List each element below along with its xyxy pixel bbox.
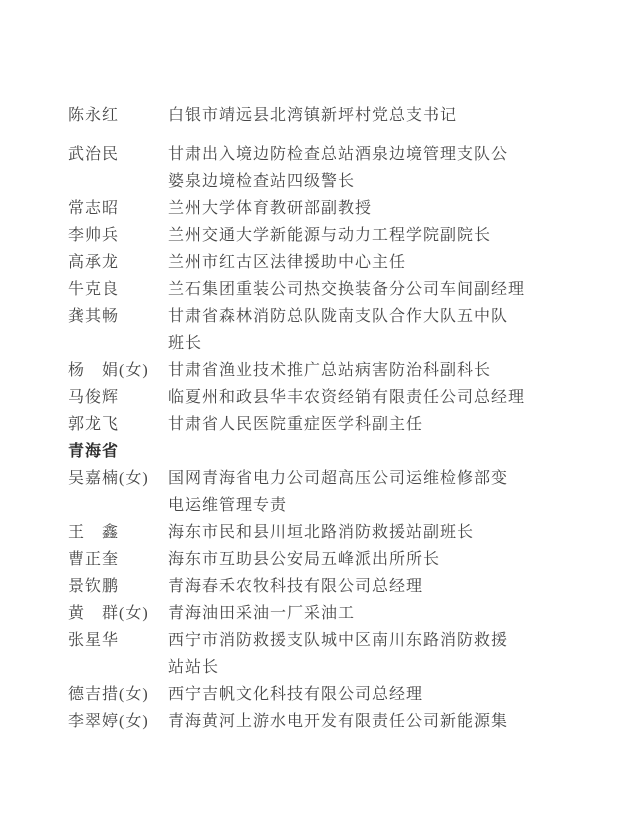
person-position: 甘肃省森林消防总队陇南支队合作大队五中队 班长 [168, 303, 580, 357]
honoree-list: 陈永红白银市靖远县北湾镇新坪村党总支书记武治民甘肃出入境边防检查总站酒泉边境管理… [68, 102, 580, 735]
person-name: 高承龙 [68, 249, 168, 276]
person-name: 武治民 [68, 141, 168, 168]
person-name: 王 鑫 [68, 519, 168, 546]
person-position: 青海黄河上游水电开发有限责任公司新能源集 [168, 708, 580, 735]
person-name: 张星华 [68, 627, 168, 654]
person-position: 海东市互助县公安局五峰派出所所长 [168, 546, 580, 573]
list-item: 黄 群(女)青海油田采油一厂采油工 [68, 600, 580, 627]
list-item: 郭龙飞甘肃省人民医院重症医学科副主任 [68, 411, 580, 438]
list-item: 德吉措(女)西宁吉帆文化科技有限公司总经理 [68, 681, 580, 708]
person-position: 兰州市红古区法律援助中心主任 [168, 249, 580, 276]
person-name: 马俊辉 [68, 384, 168, 411]
person-position: 青海春禾农牧科技有限公司总经理 [168, 573, 580, 600]
person-position: 西宁吉帆文化科技有限公司总经理 [168, 681, 580, 708]
person-name: 德吉措(女) [68, 681, 168, 708]
person-position: 兰石集团重装公司热交换装备分公司车间副经理 [168, 276, 580, 303]
list-item: 龚其畅甘肃省森林消防总队陇南支队合作大队五中队 班长 [68, 303, 580, 357]
person-position: 甘肃省人民医院重症医学科副主任 [168, 411, 580, 438]
person-position: 兰州交通大学新能源与动力工程学院副院长 [168, 222, 580, 249]
person-position: 甘肃出入境边防检查总站酒泉边境管理支队公 婆泉边境检查站四级警长 [168, 141, 580, 195]
person-name: 龚其畅 [68, 303, 168, 330]
list-item: 吴嘉楠(女)国网青海省电力公司超高压公司运维检修部变 电运维管理专责 [68, 465, 580, 519]
list-item: 李帅兵兰州交通大学新能源与动力工程学院副院长 [68, 222, 580, 249]
person-name: 李帅兵 [68, 222, 168, 249]
person-position: 海东市民和县川垣北路消防救援站副班长 [168, 519, 580, 546]
person-position: 甘肃省渔业技术推广总站病害防治科副科长 [168, 357, 580, 384]
list-item: 马俊辉临夏州和政县华丰农资经销有限责任公司总经理 [68, 384, 580, 411]
list-item: 杨 娟(女)甘肃省渔业技术推广总站病害防治科副科长 [68, 357, 580, 384]
list-item: 王 鑫海东市民和县川垣北路消防救援站副班长 [68, 519, 580, 546]
person-position: 兰州大学体育教研部副教授 [168, 195, 580, 222]
person-name: 郭龙飞 [68, 411, 168, 438]
person-name: 陈永红 [68, 102, 168, 129]
person-name: 李翠婷(女) [68, 708, 168, 735]
list-item: 武治民甘肃出入境边防检查总站酒泉边境管理支队公 婆泉边境检查站四级警长 [68, 141, 580, 195]
list-item: 李翠婷(女)青海黄河上游水电开发有限责任公司新能源集 [68, 708, 580, 735]
person-name: 景钦鹏 [68, 573, 168, 600]
document-page: 陈永红白银市靖远县北湾镇新坪村党总支书记武治民甘肃出入境边防检查总站酒泉边境管理… [0, 0, 640, 828]
list-item: 高承龙兰州市红古区法律援助中心主任 [68, 249, 580, 276]
section-header: 青海省 [68, 438, 580, 465]
person-position: 青海油田采油一厂采油工 [168, 600, 580, 627]
list-item: 常志昭兰州大学体育教研部副教授 [68, 195, 580, 222]
list-item: 牛克良兰石集团重装公司热交换装备分公司车间副经理 [68, 276, 580, 303]
person-position: 国网青海省电力公司超高压公司运维检修部变 电运维管理专责 [168, 465, 580, 519]
person-name: 牛克良 [68, 276, 168, 303]
section-header-label: 青海省 [68, 443, 119, 460]
list-item: 曹正奎海东市互助县公安局五峰派出所所长 [68, 546, 580, 573]
person-position: 西宁市消防救援支队城中区南川东路消防救援 站站长 [168, 627, 580, 681]
person-name: 常志昭 [68, 195, 168, 222]
person-position: 白银市靖远县北湾镇新坪村党总支书记 [168, 102, 580, 129]
list-item: 陈永红白银市靖远县北湾镇新坪村党总支书记 [68, 102, 580, 129]
person-name: 杨 娟(女) [68, 357, 168, 384]
list-item: 景钦鹏青海春禾农牧科技有限公司总经理 [68, 573, 580, 600]
person-position: 临夏州和政县华丰农资经销有限责任公司总经理 [168, 384, 580, 411]
list-item: 张星华西宁市消防救援支队城中区南川东路消防救援 站站长 [68, 627, 580, 681]
person-name: 吴嘉楠(女) [68, 465, 168, 492]
person-name: 曹正奎 [68, 546, 168, 573]
person-name: 黄 群(女) [68, 600, 168, 627]
